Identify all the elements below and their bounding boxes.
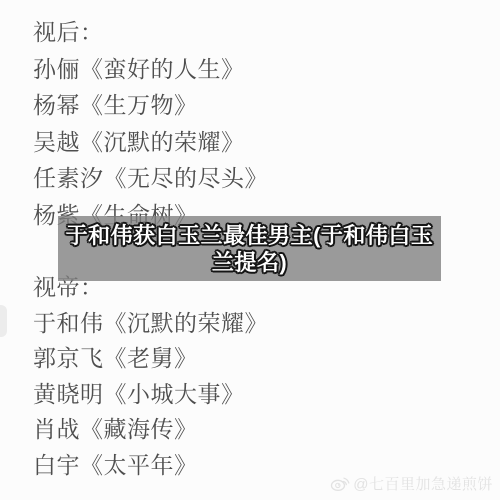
nominee-row: 孙俪《蛮好的人生》 bbox=[33, 51, 268, 88]
nominee-row: 郭京飞《老舅》 bbox=[33, 341, 268, 377]
weibo-image-post: 视后： 孙俪《蛮好的人生》 杨幂《生万物》 吴越《沉默的荣耀》 任素汐《无尽的尽… bbox=[0, 0, 500, 500]
section-header-actress: 视后： bbox=[33, 14, 268, 51]
nominee-row: 杨幂《生万物》 bbox=[33, 87, 268, 124]
edge-artifact bbox=[0, 305, 7, 337]
nominee-row: 任素汐《无尽的尽头》 bbox=[33, 160, 268, 197]
watermark-handle: @七百里加急递煎饼 bbox=[353, 473, 493, 494]
nominee-row: 于和伟《沉默的荣耀》 bbox=[33, 306, 268, 342]
nominee-row: 吴越《沉默的荣耀》 bbox=[33, 124, 268, 161]
actor-nominee-section: 视帝： 于和伟《沉默的荣耀》 郭京飞《老舅》 黄晓明《小城大事》 肖战《藏海传》… bbox=[33, 270, 268, 483]
headline-banner: 于和伟获白玉兰最佳男主(于和伟白玉 兰提名) bbox=[58, 216, 441, 281]
actress-nominee-section: 视后： 孙俪《蛮好的人生》 杨幂《生万物》 吴越《沉默的荣耀》 任素汐《无尽的尽… bbox=[33, 14, 268, 233]
weibo-icon bbox=[330, 475, 350, 492]
headline-line-2: 兰提名) bbox=[58, 249, 441, 276]
nominee-row: 黄晓明《小城大事》 bbox=[33, 377, 268, 413]
headline-line-1: 于和伟获白玉兰最佳男主(于和伟白玉 bbox=[58, 222, 441, 249]
nominee-row: 白宇《太平年》 bbox=[33, 448, 268, 484]
nominee-row: 肖战《藏海传》 bbox=[33, 412, 268, 448]
watermark: @七百里加急递煎饼 bbox=[330, 473, 493, 494]
